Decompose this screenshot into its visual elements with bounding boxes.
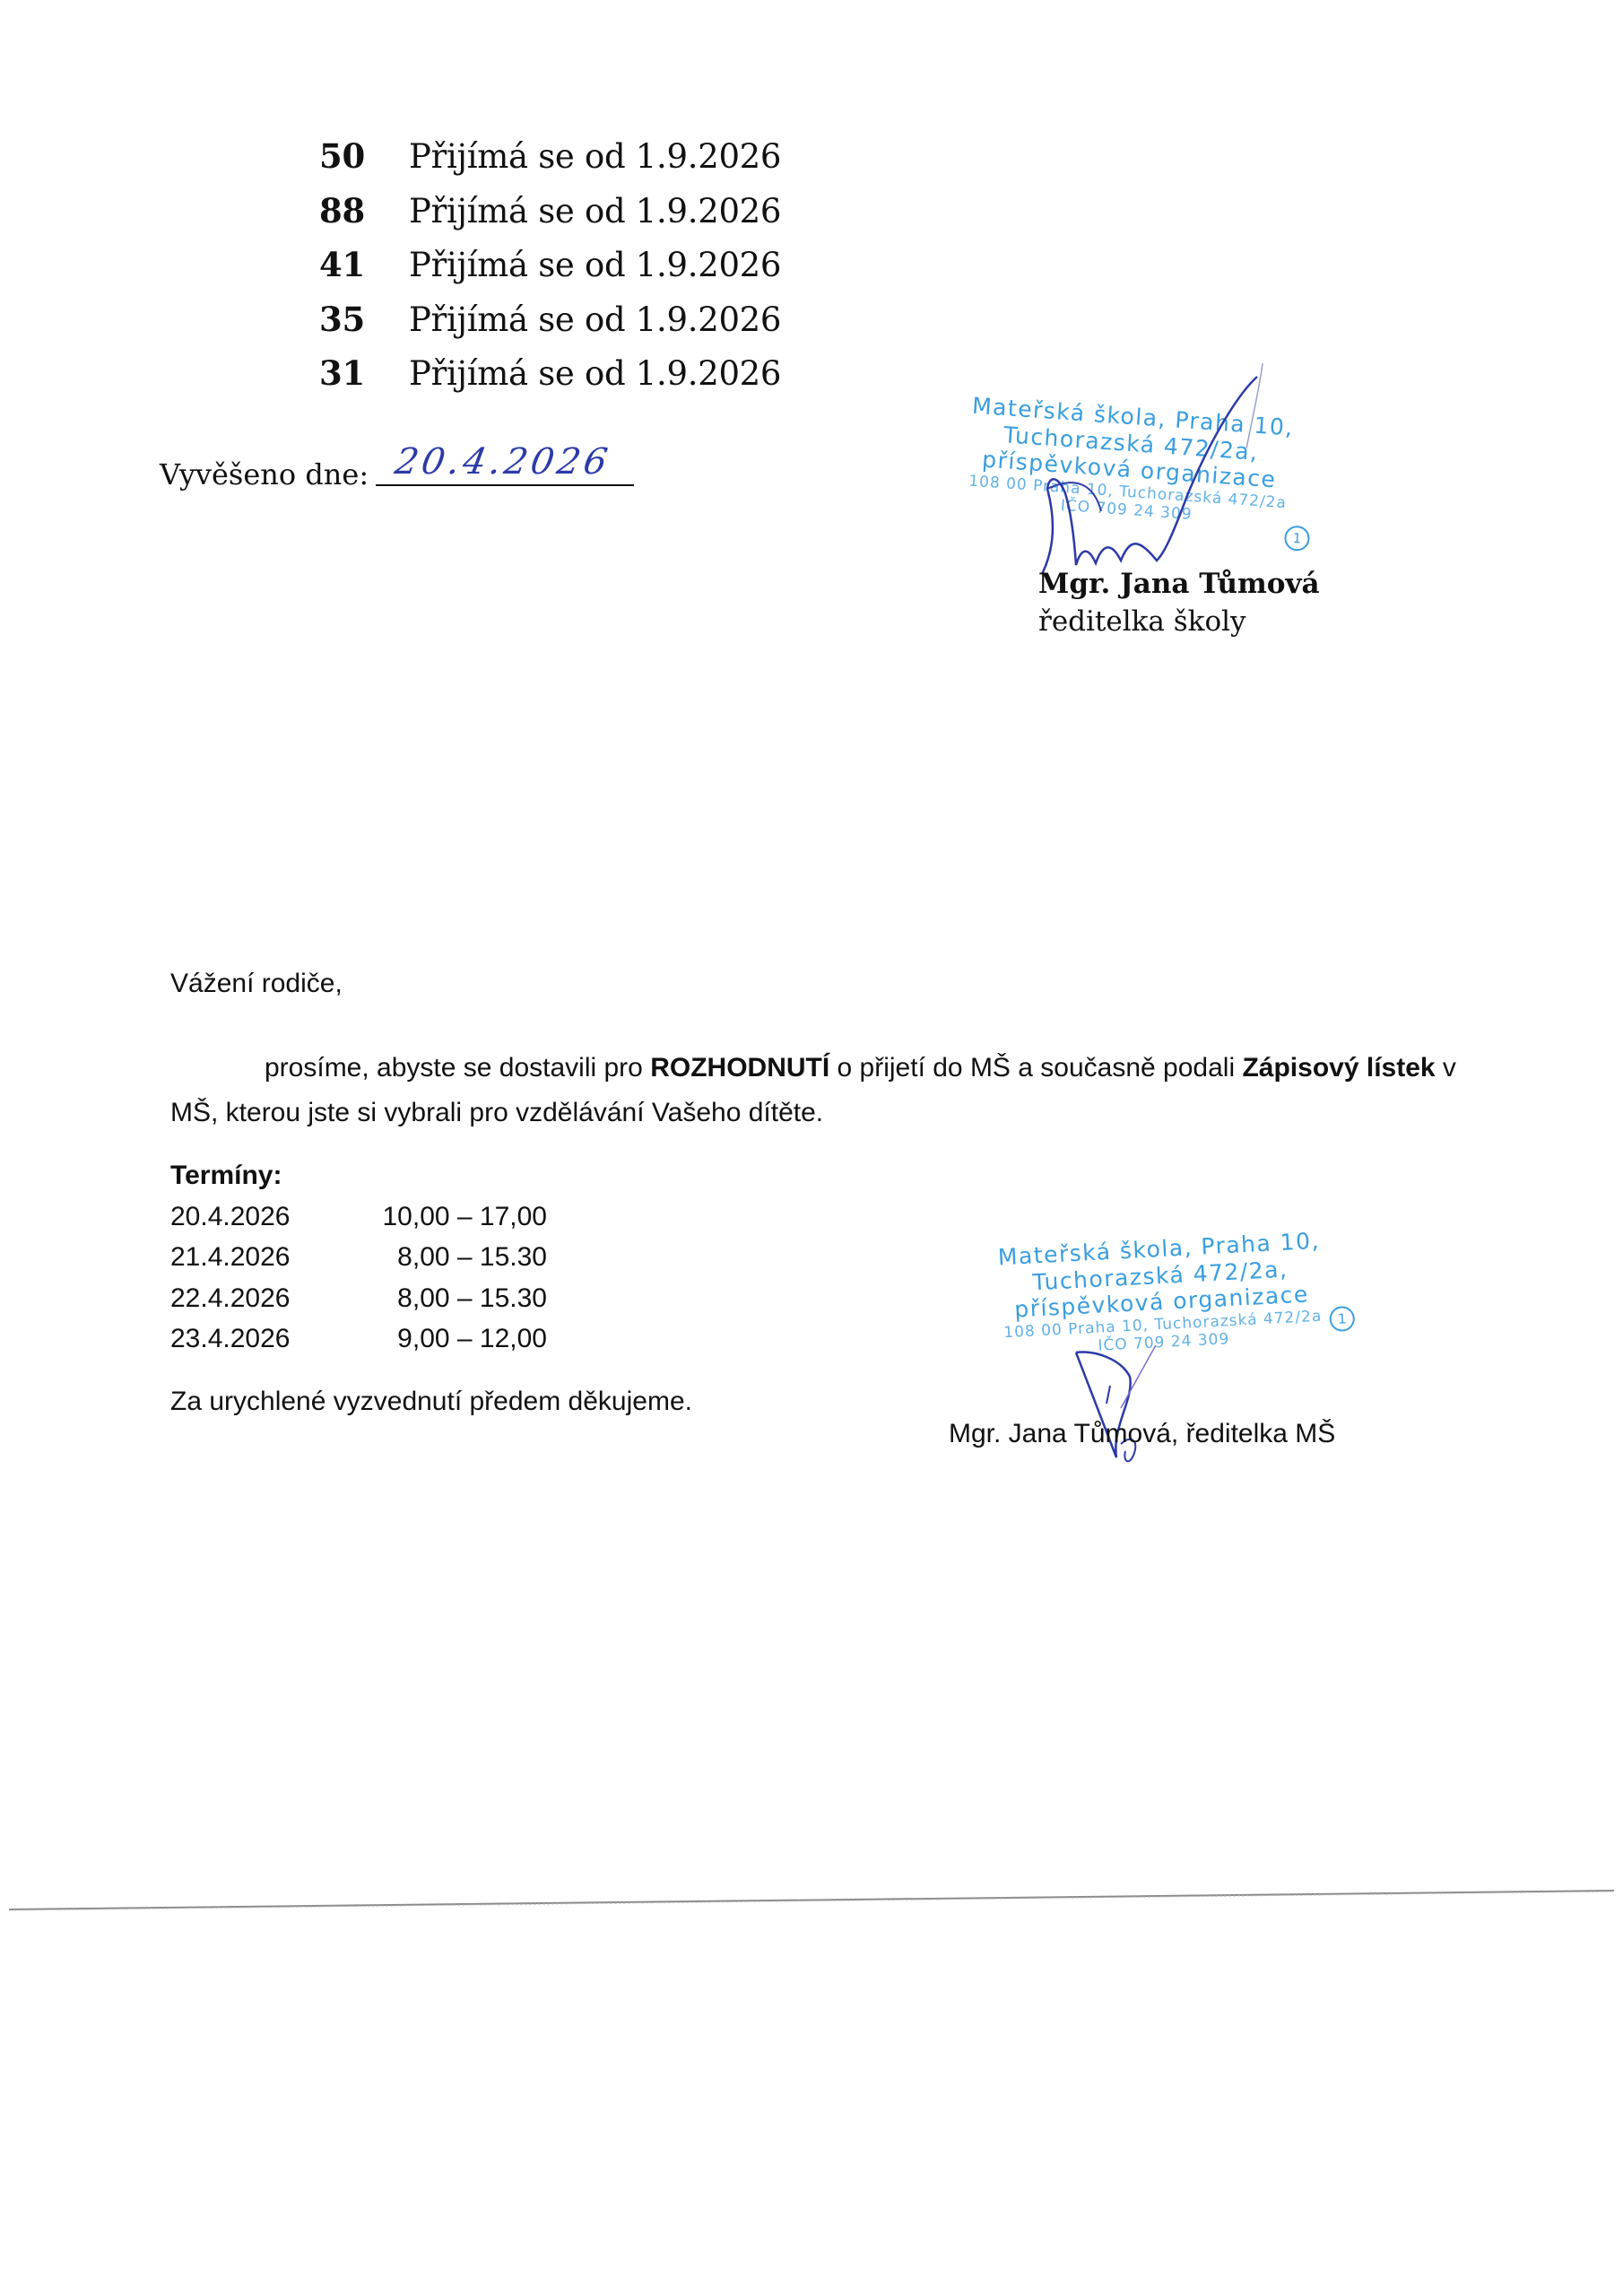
admission-code: 50 — [319, 136, 409, 176]
terms-title: Termíny: — [170, 1155, 560, 1196]
stamp-number-icon: 1 — [1284, 525, 1311, 552]
letter-paragraph: prosíme, abyste se dostavili pro ROZHODN… — [170, 1046, 1462, 1135]
posted-date-field: Vyvěšeno dne: 20.4.2026 — [160, 443, 634, 491]
stamp-number-icon: 1 — [1329, 1305, 1355, 1331]
handwritten-signature-icon — [1067, 1345, 1193, 1471]
term-row: 22.4.2026 8,00 – 15.30 — [170, 1278, 560, 1319]
admission-row: 35 Přijímá se od 1.9.2026 — [319, 300, 821, 354]
school-stamp-top: Mateřská škola, Praha 10, Tuchorazská 47… — [947, 391, 1313, 531]
admission-text: Přijímá se od 1.9.2026 — [409, 192, 781, 230]
admission-text: Přijímá se od 1.9.2026 — [409, 137, 781, 176]
term-date: 21.4.2026 — [170, 1242, 359, 1273]
term-date: 22.4.2026 — [170, 1283, 359, 1314]
admission-text: Přijímá se od 1.9.2026 — [409, 300, 781, 339]
term-date: 23.4.2026 — [170, 1324, 359, 1354]
signature-bottom: Mgr. Jana Tůmová, ředitelka MŠ — [949, 1419, 1335, 1449]
letter-greeting: Vážení rodiče, — [170, 961, 1462, 1006]
admission-row: 50 Přijímá se od 1.9.2026 — [319, 136, 821, 191]
term-time: 8,00 – 15.30 — [359, 1283, 547, 1314]
signatory-role: ředitelka školy — [1038, 603, 1320, 640]
term-row: 21.4.2026 8,00 – 15.30 — [170, 1238, 560, 1279]
paragraph-emphasis: ROZHODNUTÍ — [650, 1053, 829, 1083]
admission-code: 41 — [319, 245, 409, 284]
term-row: 20.4.2026 10,00 – 17,00 — [170, 1196, 560, 1238]
thanks-note: Za urychlené vyzvednutí předem děkujeme. — [170, 1387, 692, 1417]
handwritten-date: 20.4.2026 — [392, 441, 614, 483]
scan-divider-line — [0, 1883, 1623, 1919]
signature-block-top: Mgr. Jana Tůmová ředitelka školy — [1038, 565, 1320, 640]
term-time: 9,00 – 12,00 — [359, 1324, 560, 1354]
terms-table: Termíny: 20.4.2026 10,00 – 17,00 21.4.20… — [170, 1155, 560, 1360]
admission-code: 31 — [319, 353, 409, 393]
admission-row: 31 Přijímá se od 1.9.2026 — [319, 353, 821, 408]
school-stamp-bottom: Mateřská škola, Praha 10, Tuchorazská 47… — [979, 1227, 1343, 1361]
admission-code: 88 — [319, 191, 409, 230]
admission-code: 35 — [319, 300, 409, 339]
admission-text: Přijímá se od 1.9.2026 — [409, 246, 781, 284]
term-time: 10,00 – 17,00 — [359, 1202, 547, 1232]
admission-row: 88 Přijímá se od 1.9.2026 — [319, 191, 821, 246]
paragraph-emphasis: Zápisový lístek — [1242, 1053, 1435, 1083]
term-time: 8,00 – 15.30 — [359, 1242, 547, 1273]
posted-label: Vyvěšeno dne: — [160, 457, 369, 491]
signatory-name: Mgr. Jana Tůmová — [1038, 565, 1320, 603]
posted-date-line: 20.4.2026 — [376, 443, 634, 486]
admission-text: Přijímá se od 1.9.2026 — [409, 354, 781, 393]
paragraph-text: o přijetí do MŠ a současně podali — [829, 1053, 1242, 1083]
letter-body: Vážení rodiče, prosíme, abyste se dostav… — [170, 961, 1462, 1135]
term-row: 23.4.2026 9,00 – 12,00 — [170, 1319, 560, 1361]
admission-row: 41 Přijímá se od 1.9.2026 — [319, 245, 821, 300]
admission-list: 50 Přijímá se od 1.9.2026 88 Přijímá se … — [319, 136, 821, 408]
term-date: 20.4.2026 — [170, 1202, 359, 1232]
paragraph-text: prosíme, abyste se dostavili pro — [265, 1053, 650, 1083]
